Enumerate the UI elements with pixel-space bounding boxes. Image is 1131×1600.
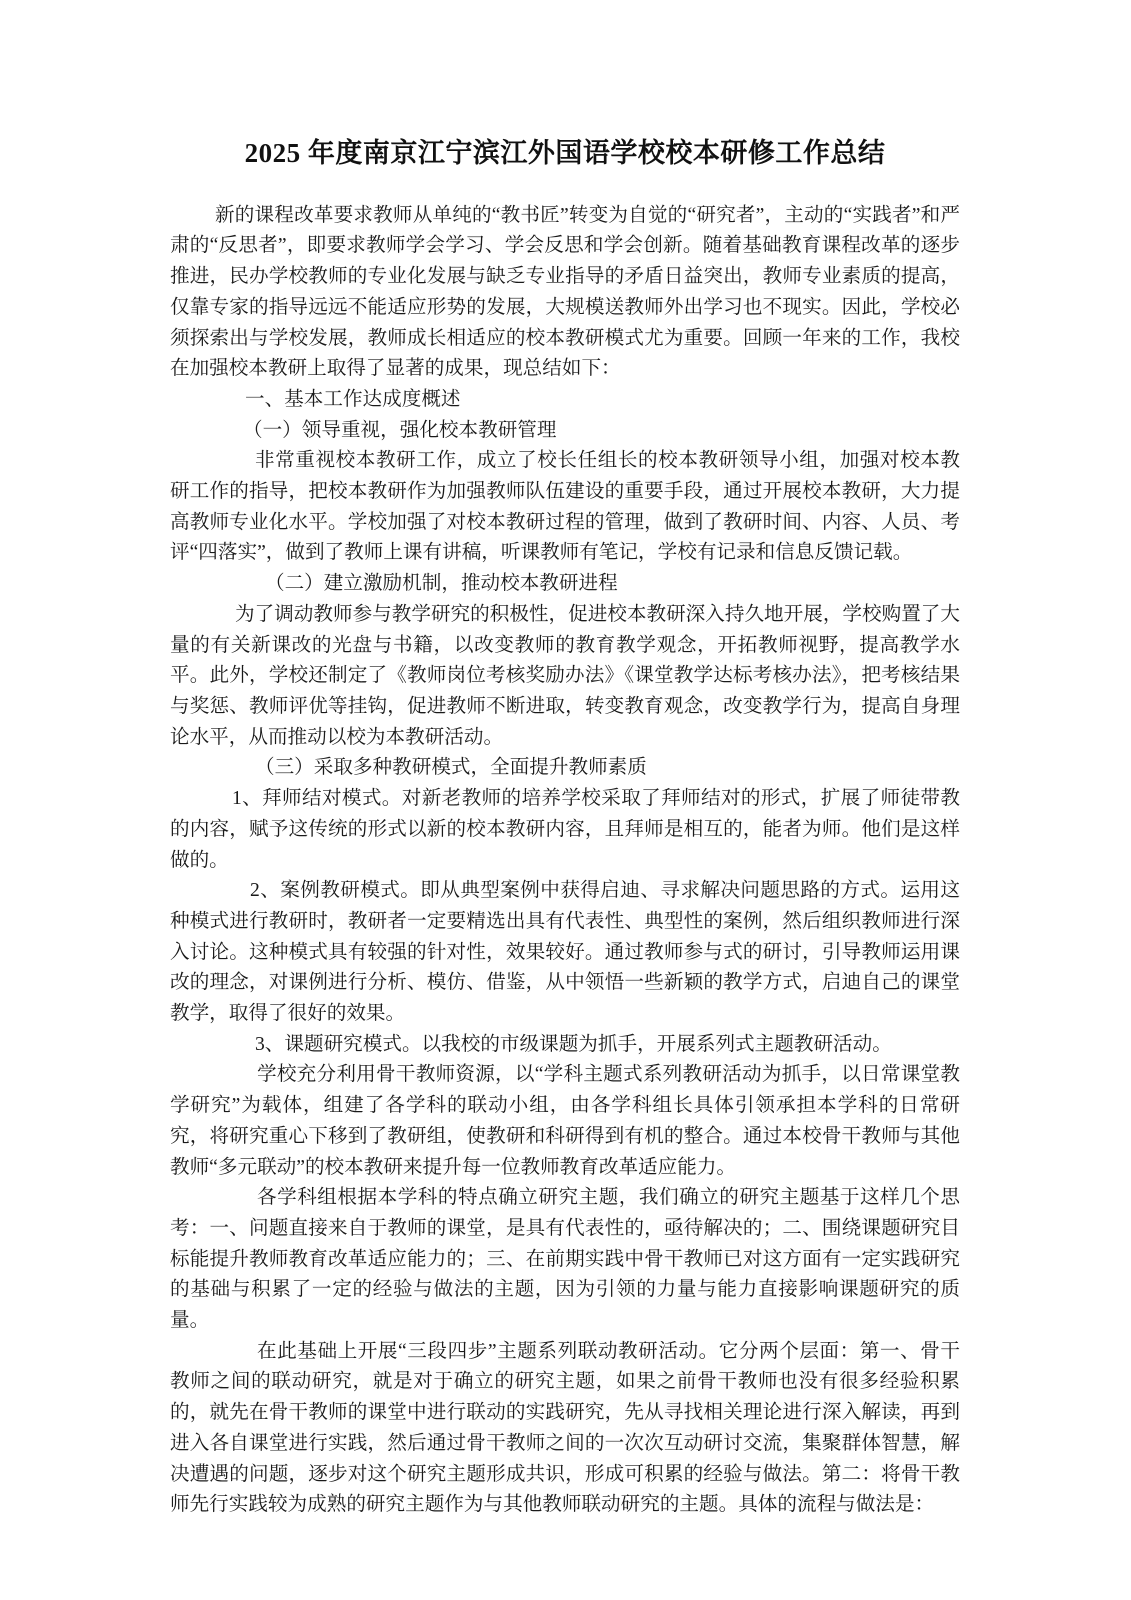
paragraph: 学校充分利用骨干教师资源，以“学科主题式系列教研活动为抓手，以日常课堂教学研究”…	[170, 1060, 960, 1183]
paragraph-mode-3: 3、课题研究模式。以我校的市级课题为抓手，开展系列式主题教研活动。	[170, 1030, 960, 1061]
document-body: 2025 年度南京江宁滨江外国语学校校本研修工作总结 新的课程改革要求教师从单纯…	[170, 137, 960, 1521]
sub-heading-1-1: （一）领导重视，强化校本教研管理	[170, 416, 960, 447]
paragraph: 为了调动教师参与教学研究的积极性，促进校本教研深入持久地开展，学校购置了大量的有…	[170, 600, 960, 754]
paragraph: 在此基础上开展“三段四步”主题系列联动教研活动。它分两个层面：第一、骨干教师之间…	[170, 1337, 960, 1521]
paragraph-intro: 新的课程改革要求教师从单纯的“教书匠”转变为自觉的“研究者”，主动的“实践者”和…	[170, 201, 960, 385]
paragraph-mode-2: 2、案例教研模式。即从典型案例中获得启迪、寻求解决问题思路的方式。运用这种模式进…	[170, 876, 960, 1030]
document-title: 2025 年度南京江宁滨江外国语学校校本研修工作总结	[170, 137, 960, 171]
sub-heading-1-2: （二）建立激励机制，推动校本教研进程	[170, 569, 960, 600]
document-page: 2025 年度南京江宁滨江外国语学校校本研修工作总结 新的课程改革要求教师从单纯…	[0, 0, 1131, 1600]
sub-heading-1-3: （三）采取多种教研模式，全面提升教师素质	[170, 753, 960, 784]
paragraph: 各学科组根据本学科的特点确立研究主题，我们确立的研究主题基于这样几个思考：一、问…	[170, 1183, 960, 1337]
paragraph: 非常重视校本教研工作，成立了校长任组长的校本教研领导小组，加强对校本教研工作的指…	[170, 446, 960, 569]
paragraph-mode-1: 1、拜师结对模式。对新老教师的培养学校采取了拜师结对的形式，扩展了师徒带教的内容…	[170, 784, 960, 876]
section-heading-1: 一、基本工作达成度概述	[170, 385, 960, 416]
